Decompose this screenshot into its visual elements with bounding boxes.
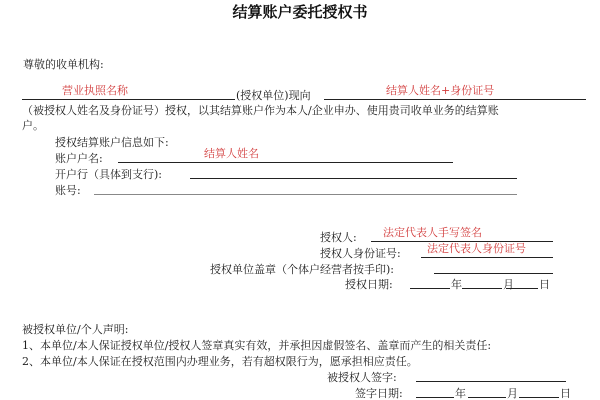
grantee-sign-label: 被授权人签字:: [327, 369, 397, 385]
signer-label: 授权人:: [320, 229, 357, 245]
bank-branch-field[interactable]: [190, 165, 517, 179]
grant-year-field[interactable]: [410, 275, 450, 289]
bank-branch-label: 开户行（具体到支行):: [55, 166, 162, 182]
grantee-name-id-field[interactable]: 结算人姓名+身份证号: [324, 86, 586, 100]
seal-field[interactable]: [434, 260, 553, 274]
declaration-item-2: 2、本单位/本人保证在授权范围内办理业务，若有超权限行为，愿承担相应责任。: [22, 353, 418, 369]
salutation: 尊敬的收单机构:: [23, 56, 104, 72]
sign-month-field[interactable]: [468, 384, 506, 398]
declaration-heading: 被授权单位/个人声明:: [22, 321, 128, 337]
sign-day-field[interactable]: [519, 384, 559, 398]
grantee-sign-field[interactable]: [416, 368, 566, 382]
grantor-unit-text: (授权单位)现向: [236, 87, 311, 103]
document-title: 结算账户委托授权书: [0, 1, 600, 22]
declaration-item-1: 1、本单位/本人保证授权单位/授权人签章真实有效，并承担因虚假签名、盖章而产生的…: [22, 337, 491, 353]
sign-date-label: 签字日期:: [355, 385, 403, 400]
account-info-heading: 授权结算账户信息如下:: [55, 134, 169, 150]
grant-month-field[interactable]: [462, 275, 502, 289]
account-name-label: 账户户名:: [55, 150, 103, 166]
grant-day-label: 日: [539, 276, 550, 292]
sign-month-label: 月: [507, 385, 518, 400]
sign-year-label: 年: [455, 385, 466, 400]
grant-date-label: 授权日期:: [345, 276, 393, 292]
business-name-hint: 营业执照名称: [62, 82, 128, 98]
authorization-paragraph-line1: （被授权人姓名及身份证号）授权，以其结算账户作为本人/企业申办、使用贵司收单业务…: [22, 102, 499, 118]
account-number-label: 账号:: [55, 182, 81, 198]
account-name-hint: 结算人姓名: [204, 145, 259, 161]
signer-id-label: 授权人身份证号:: [320, 245, 401, 261]
grantor-business-name-field[interactable]: 营业执照名称: [22, 86, 235, 100]
signer-hint: 法定代表人手写签名: [383, 224, 482, 240]
account-number-field[interactable]: [94, 181, 517, 195]
grantee-name-id-hint: 结算人姓名+身份证号: [386, 82, 494, 98]
sign-day-label: 日: [560, 385, 571, 400]
authorization-paragraph-line2: 户。: [22, 117, 44, 133]
seal-label: 授权单位盖章（个体户经营者按手印):: [210, 261, 394, 277]
account-name-field[interactable]: 结算人姓名: [118, 149, 453, 163]
sign-year-field[interactable]: [416, 384, 454, 398]
grant-day-field[interactable]: [506, 275, 538, 289]
signer-id-field[interactable]: 法定代表人身份证号: [421, 244, 553, 258]
grant-year-label: 年: [451, 276, 462, 292]
signer-id-hint: 法定代表人身份证号: [427, 240, 526, 256]
